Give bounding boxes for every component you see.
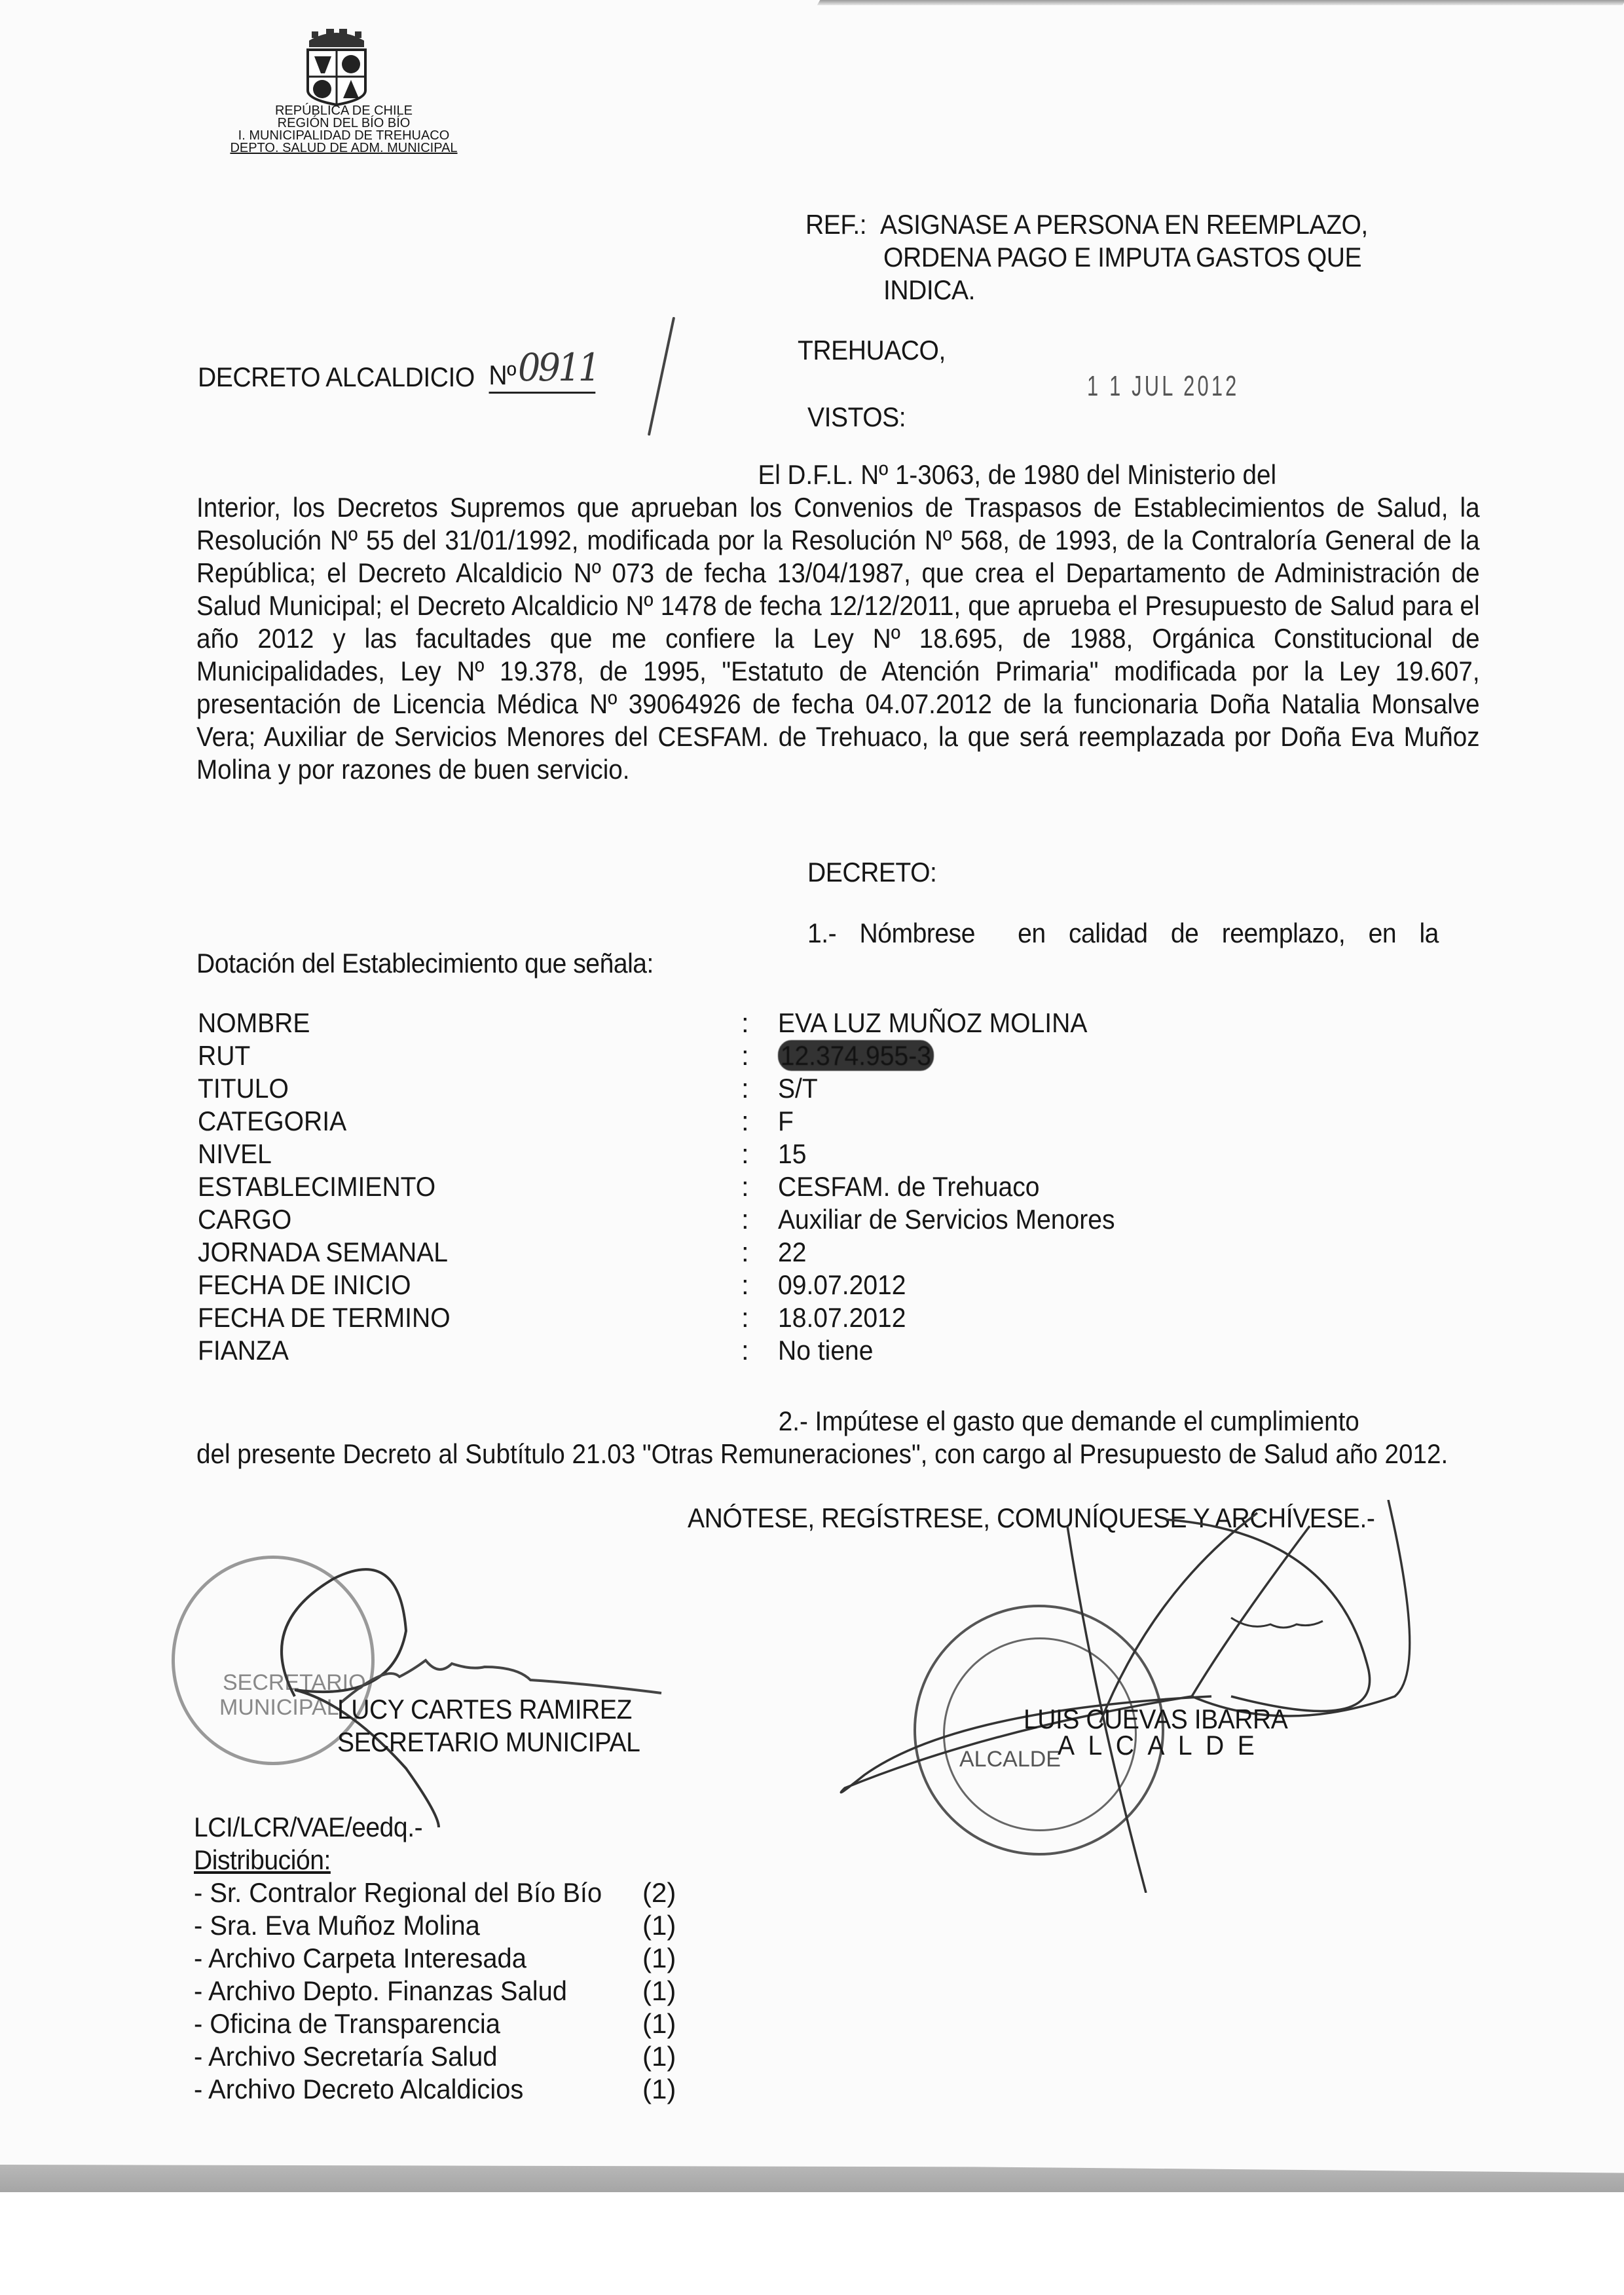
reference-line: INDICA. <box>805 274 1368 307</box>
field-value-categoria: F <box>778 1105 794 1138</box>
separator: : <box>741 1072 749 1105</box>
field-value-fianza: No tiene <box>778 1334 873 1367</box>
copies: (2) <box>642 1876 676 1909</box>
field-label: FECHA DE TERMINO <box>198 1301 451 1334</box>
item-2-body: del presente Decreto al Subtítulo 21.03 … <box>196 1438 1448 1469</box>
item-2: 2.- Impútese el gasto que demande el cum… <box>196 1405 1576 1470</box>
decree-number-field: Nº 0911 <box>489 359 595 394</box>
recipient: - Sra. Eva Muñoz Molina <box>194 1909 480 1942</box>
field-value-fecha-termino: 18.07.2012 <box>778 1301 906 1334</box>
item-1-continuation: Dotación del Establecimiento que señala: <box>196 947 654 980</box>
word: en <box>1369 918 1397 948</box>
field-label: ESTABLECIMIENTO <box>198 1170 435 1203</box>
recipient: - Sr. Contralor Regional del Bío Bío <box>194 1876 602 1909</box>
field-label: FECHA DE INICIO <box>198 1269 411 1301</box>
separator: : <box>741 1334 749 1367</box>
decreto-heading: DECRETO: <box>807 856 936 889</box>
copies: (1) <box>642 1942 676 1975</box>
recipient: - Archivo Depto. Finanzas Salud <box>194 1975 567 2007</box>
field-value-titulo: S/T <box>778 1072 818 1105</box>
recipient: - Archivo Carpeta Interesada <box>194 1942 526 1975</box>
seal-text: MUNICIPAL <box>219 1695 339 1721</box>
reference-line: ORDENA PAGO E IMPUTA GASTOS QUE <box>805 241 1368 274</box>
field-value-fecha-inicio: 09.07.2012 <box>778 1269 906 1301</box>
header-department: DEPTO. SALUD DE ADM. MUNICIPAL <box>190 142 498 155</box>
field-label: CARGO <box>198 1203 291 1236</box>
word: Nómbrese <box>860 918 975 948</box>
vistos-body: Interior, los Decretos Supremos que apru… <box>196 492 1480 785</box>
field-value-rut-redacted: 12.374.955-3 <box>778 1040 934 1071</box>
field-label: RUT <box>198 1039 250 1072</box>
recipient: - Oficina de Transparencia <box>194 2007 500 2040</box>
separator: : <box>741 1269 749 1301</box>
reference-block: REF.: ASIGNASE A PERSONA EN REEMPLAZO, O… <box>805 208 1368 307</box>
seal-text: SECRETARIO <box>223 1670 366 1696</box>
separator: : <box>741 1138 749 1170</box>
separator: : <box>741 1170 749 1203</box>
field-label: NOMBRE <box>198 1007 310 1039</box>
separator: : <box>741 1007 749 1039</box>
field-value-nombre: EVA LUZ MUÑOZ MOLINA <box>778 1007 1087 1039</box>
field-label: NIVEL <box>198 1138 272 1170</box>
word: la <box>1419 918 1438 948</box>
word: en <box>1018 918 1046 948</box>
copies: (1) <box>642 2073 676 2106</box>
reference-initials: LCI/LCR/VAE/eedq.- <box>194 1811 422 1844</box>
issuer-header: REPÚBLICA DE CHILE REGIÓN DEL BÍO BÍO I.… <box>190 105 498 155</box>
vistos-first-line: El D.F.L. Nº 1-3063, de 1980 del Ministe… <box>196 458 1480 491</box>
reference-line: ASIGNASE A PERSONA EN REEMPLAZO, <box>880 209 1368 240</box>
place: TREHUACO, <box>798 334 946 367</box>
recipient: - Archivo Secretaría Salud <box>194 2040 498 2073</box>
date-stamp: 1 1 JUL 2012 <box>1087 370 1239 403</box>
decree-number-handwritten: 0911 <box>518 351 598 384</box>
reference-label: REF.: <box>805 209 866 240</box>
distribution-title: Distribución: <box>194 1844 331 1876</box>
field-value-jornada: 22 <box>778 1236 806 1269</box>
field-label: CATEGORIA <box>198 1105 346 1138</box>
seal-text: ALCALDE <box>959 1747 1061 1772</box>
closing-formula: ANÓTESE, REGÍSTRESE, COMUNÍQUESE Y ARCHÍ… <box>688 1502 1375 1535</box>
scan-edge-top <box>817 0 1624 5</box>
field-value-establecimiento: CESFAM. de Trehuaco <box>778 1170 1039 1203</box>
word: reemplazo, <box>1222 918 1346 948</box>
number-label: Nº <box>489 360 516 390</box>
vistos-label: VISTOS: <box>807 401 906 434</box>
recipient: - Archivo Decreto Alcaldicios <box>194 2073 523 2106</box>
separator: : <box>741 1039 749 1072</box>
item-2-first-line: 2.- Impútese el gasto que demande el cum… <box>196 1405 1576 1438</box>
field-label: FIANZA <box>198 1334 289 1367</box>
field-value-cargo: Auxiliar de Servicios Menores <box>778 1203 1115 1236</box>
separator: : <box>741 1236 749 1269</box>
word: de <box>1171 918 1199 948</box>
decree-title-text: DECRETO ALCALDICIO <box>198 362 475 392</box>
separator: : <box>741 1105 749 1138</box>
field-value-nivel: 15 <box>778 1138 806 1170</box>
separator: : <box>741 1301 749 1334</box>
municipal-coat-of-arms-icon <box>303 28 371 106</box>
copies: (1) <box>642 2007 676 2040</box>
copies: (1) <box>642 1975 676 2007</box>
vistos-paragraph: El D.F.L. Nº 1-3063, de 1980 del Ministe… <box>196 458 1480 786</box>
field-label: TITULO <box>198 1072 289 1105</box>
mayor-title: ALCALDE <box>1058 1729 1268 1762</box>
word: calidad <box>1069 918 1148 948</box>
secretary-name: LUCY CARTES RAMIREZ <box>337 1693 632 1726</box>
word: 1.- <box>807 918 836 948</box>
secretary-title: SECRETARIO MUNICIPAL <box>337 1726 640 1759</box>
copies: (1) <box>642 1909 676 1942</box>
copies: (1) <box>642 2040 676 2073</box>
item-1: 1.-Nómbreseencalidaddereemplazo,enla <box>807 917 1462 950</box>
decree-title: DECRETO ALCALDICIO Nº 0911 <box>198 359 595 394</box>
separator: : <box>741 1203 749 1236</box>
field-label: JORNADA SEMANAL <box>198 1236 448 1269</box>
